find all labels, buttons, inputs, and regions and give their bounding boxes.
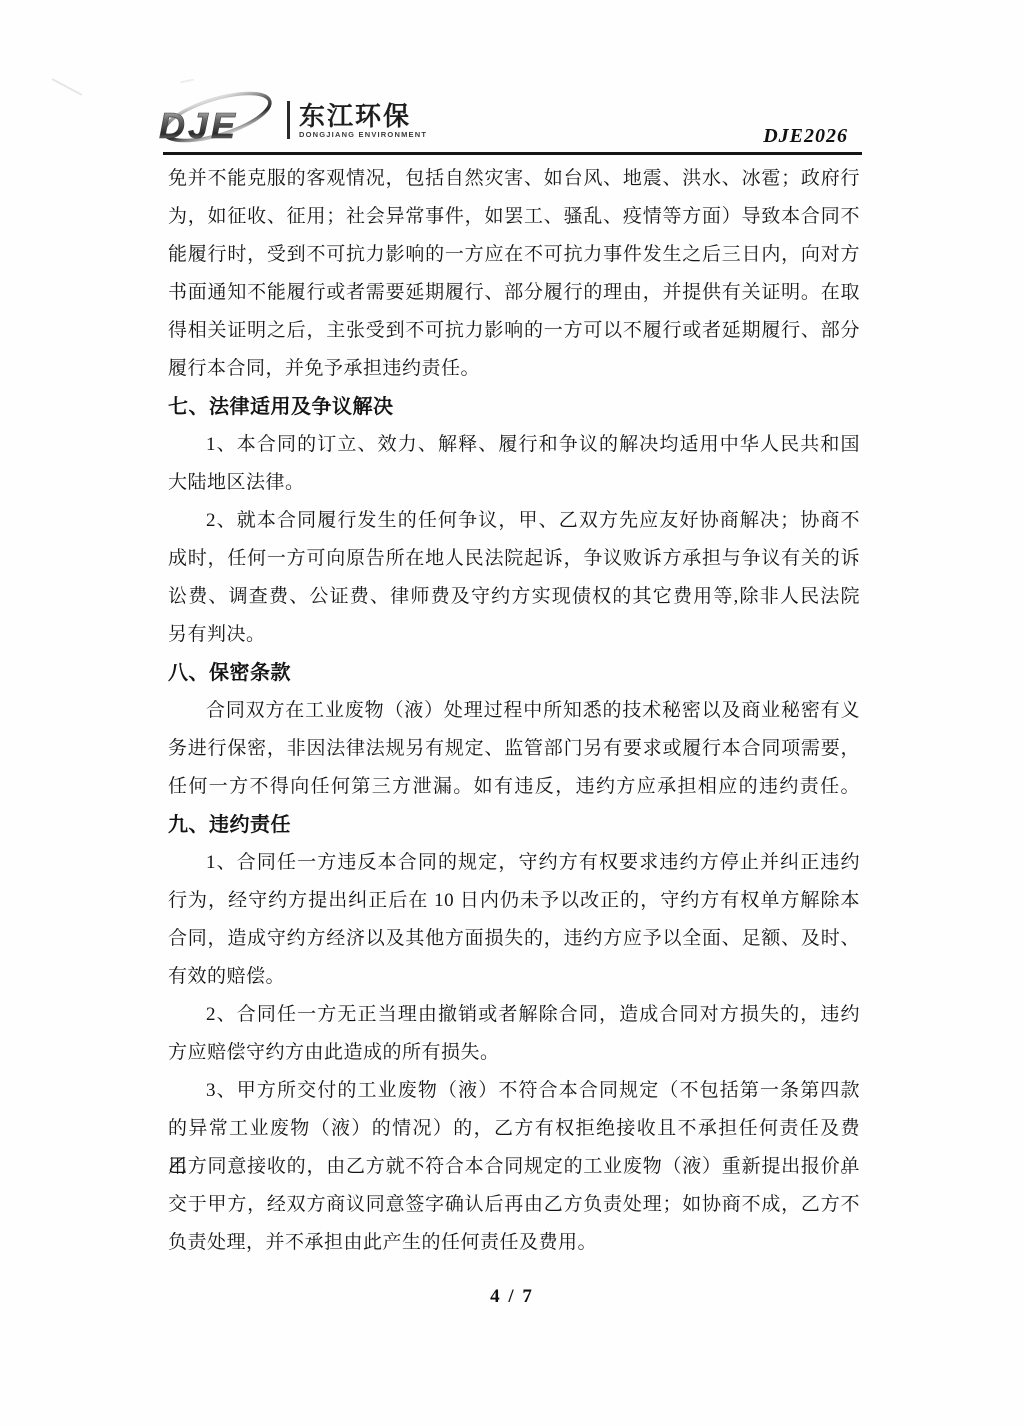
document-page: DJE 东江环保 DONGJIANG ENVIRONMENT DJE2026 免…: [0, 0, 1024, 1426]
text-line: 履行本合同，并免予承担违约责任。: [168, 350, 860, 388]
scan-artifact: [180, 79, 194, 83]
text-line: 行为，经守约方提出纠正后在 10 日内仍未予以改正的，守约方有权单方解除本: [168, 882, 860, 920]
text-line: 交于甲方，经双方商议同意签字确认后再由乙方负责处理；如协商不成，乙方不: [168, 1186, 860, 1224]
company-name-cn: 东江环保: [299, 102, 427, 130]
section-heading-confidentiality: 八、保密条款: [168, 654, 860, 692]
page-number: 4 / 7: [490, 1286, 534, 1307]
text-line: 任何一方不得向任何第三方泄漏。如有违反，违约方应承担相应的违约责任。: [168, 768, 860, 806]
text-line: 讼费、调查费、公证费、律师费及守约方实现债权的其它费用等,除非人民法院: [168, 578, 860, 616]
scan-artifact: [52, 78, 83, 96]
dje-logo-icon: DJE: [155, 90, 283, 152]
text-line: 乙方同意接收的，由乙方就不符合本合同规定的工业废物（液）重新提出报价单: [168, 1148, 860, 1186]
page-footer: 4 / 7: [0, 1286, 1024, 1308]
company-logo: DJE 东江环保 DONGJIANG ENVIRONMENT: [155, 90, 427, 152]
text-line: 1、本合同的订立、效力、解释、履行和争议的解决均适用中华人民共和国: [168, 426, 860, 464]
text-line: 合同双方在工业废物（液）处理过程中所知悉的技术秘密以及商业秘密有义: [168, 692, 860, 730]
text-line: 的异常工业废物（液）的情况）的，乙方有权拒绝接收且不承担任何责任及费用。: [168, 1110, 860, 1148]
text-line: 为，如征收、征用；社会异常事件，如罢工、骚乱、疫情等方面）导致本合同不: [168, 198, 860, 236]
header-divider-line: [163, 152, 862, 155]
text-line: 方应赔偿守约方由此造成的所有损失。: [168, 1034, 860, 1072]
text-line: 1、合同任一方违反本合同的规定，守约方有权要求违约方停止并纠正违约: [168, 844, 860, 882]
text-line: 免并不能克服的客观情况，包括自然灾害、如台风、地震、洪水、冰雹；政府行: [168, 160, 860, 198]
contract-body: 免并不能克服的客观情况，包括自然灾害、如台风、地震、洪水、冰雹；政府行 为，如征…: [168, 160, 860, 1262]
text-line: 2、合同任一方无正当理由撤销或者解除合同，造成合同对方损失的，违约: [168, 996, 860, 1034]
text-line: 大陆地区法律。: [168, 464, 860, 502]
page-header: DJE 东江环保 DONGJIANG ENVIRONMENT DJE2026: [155, 90, 862, 152]
text-line: 负责处理，并不承担由此产生的任何责任及费用。: [168, 1224, 860, 1262]
text-line: 成时，任何一方可向原告所在地人民法院起诉，争议败诉方承担与争议有关的诉: [168, 540, 860, 578]
text-line: 2、就本合同履行发生的任何争议，甲、乙双方先应友好协商解决；协商不: [168, 502, 860, 540]
text-line: 得相关证明之后，主张受到不可抗力影响的一方可以不履行或者延期履行、部分: [168, 312, 860, 350]
logo-divider: [287, 101, 290, 139]
svg-text:DJE: DJE: [159, 105, 238, 146]
document-code: DJE2026: [763, 125, 848, 148]
text-line: 有效的赔偿。: [168, 958, 860, 996]
text-line: 务进行保密，非因法律法规另有规定、监管部门另有要求或履行本合同项需要，: [168, 730, 860, 768]
text-line: 另有判决。: [168, 616, 860, 654]
text-line: 合同，造成守约方经济以及其他方面损失的，违约方应予以全面、足额、及时、: [168, 920, 860, 958]
section-heading-breach-liability: 九、违约责任: [168, 806, 860, 844]
text-line: 书面通知不能履行或者需要延期履行、部分履行的理由，并提供有关证明。在取: [168, 274, 860, 312]
logo-text-block: 东江环保 DONGJIANG ENVIRONMENT: [299, 102, 427, 139]
text-line: 3、甲方所交付的工业废物（液）不符合本合同规定（不包括第一条第四款: [168, 1072, 860, 1110]
text-line: 能履行时，受到不可抗力影响的一方应在不可抗力事件发生之后三日内，向对方: [168, 236, 860, 274]
section-heading-law-disputes: 七、法律适用及争议解决: [168, 388, 860, 426]
company-name-en: DONGJIANG ENVIRONMENT: [299, 130, 427, 139]
